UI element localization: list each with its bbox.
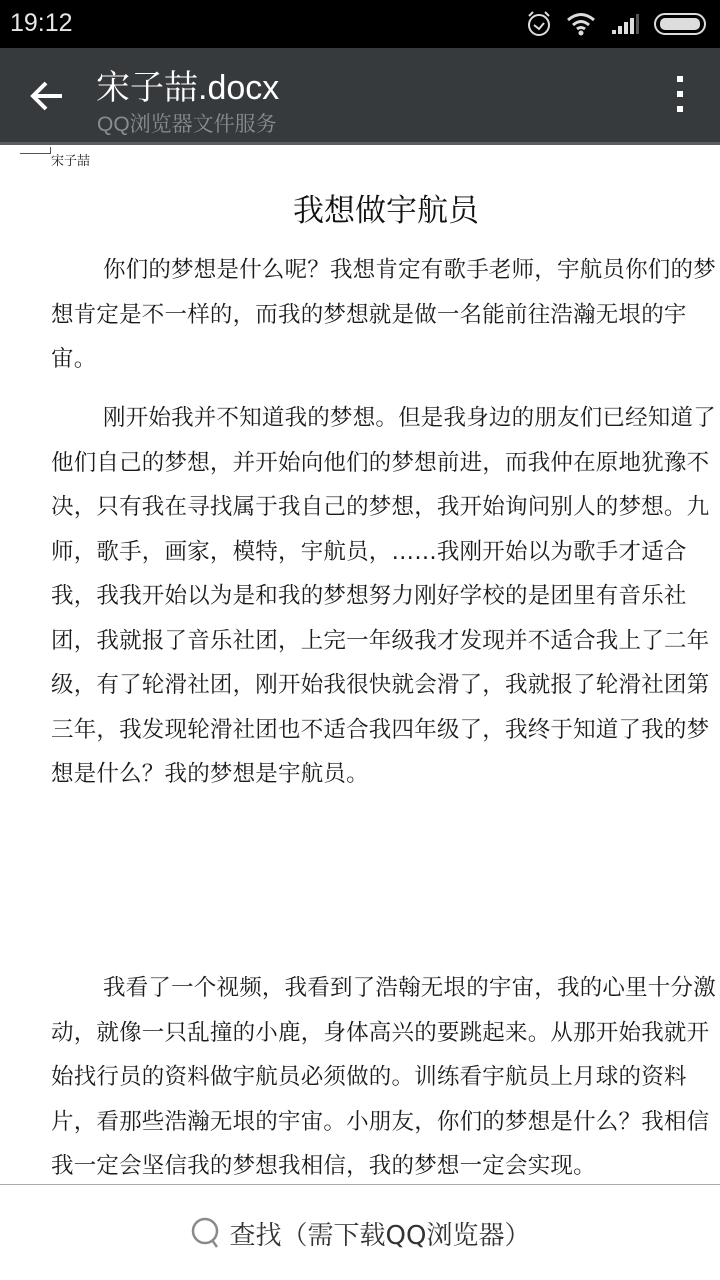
status-bar: 19:12 bbox=[0, 0, 720, 48]
battery-icon bbox=[654, 12, 708, 36]
status-icons bbox=[526, 10, 708, 38]
alarm-icon bbox=[526, 10, 552, 38]
status-time: 19:12 bbox=[10, 9, 73, 38]
document-title: 我想做宇航员 bbox=[0, 185, 720, 230]
more-vertical-icon bbox=[677, 76, 683, 82]
paragraph-1: 你们的梦想是什么呢？我想肯定有歌手老师，宇航员你们的梦想肯定是不一样的，而我的梦… bbox=[51, 248, 720, 382]
document-header: 宋子喆 bbox=[51, 150, 90, 169]
header-corner-mark bbox=[20, 147, 51, 154]
find-button[interactable]: 查找（需下载QQ浏览器） bbox=[0, 1185, 720, 1280]
wifi-icon bbox=[566, 12, 596, 36]
more-options-button[interactable] bbox=[674, 76, 686, 116]
file-subtitle: QQ浏览器文件服务 bbox=[97, 108, 277, 138]
document-view[interactable]: 宋子喆 我想做宇航员 你们的梦想是什么呢？我想肯定有歌手老师，宇航员你们的梦想肯… bbox=[0, 145, 720, 1185]
search-icon bbox=[190, 1216, 222, 1250]
paragraph-2: 刚开始我并不知道我的梦想。但是我身边的朋友们已经知道了他们自己的梦想，并开始向他… bbox=[51, 396, 720, 797]
file-title: 宋子喆.docx bbox=[96, 60, 279, 109]
app-bar: 宋子喆.docx QQ浏览器文件服务 bbox=[0, 48, 720, 142]
paragraph-3: 我看了一个视频，我看到了浩翰无垠的宇宙，我的心里十分激动，就像一只乱撞的小鹿，身… bbox=[51, 966, 720, 1185]
signal-icon bbox=[610, 13, 640, 35]
bottom-bar: 查找（需下载QQ浏览器） bbox=[0, 1184, 720, 1280]
back-button[interactable] bbox=[26, 74, 70, 118]
arrow-left-icon bbox=[26, 74, 70, 118]
find-label: 查找（需下载QQ浏览器） bbox=[230, 1215, 531, 1252]
